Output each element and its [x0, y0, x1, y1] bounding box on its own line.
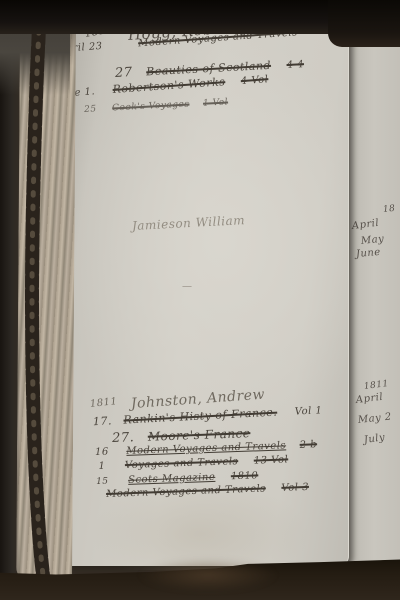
- right-page-fragment: April: [355, 392, 383, 406]
- right-page-fragment: 18: [382, 204, 395, 215]
- right-page-fragment: April: [351, 218, 379, 232]
- entry-note: Vol 1: [295, 405, 323, 417]
- right-page-fragment: July: [363, 432, 386, 446]
- entry-day: 17.: [93, 414, 113, 428]
- right-page-fragment: June: [356, 247, 382, 260]
- right-page-fragment: May 2: [357, 411, 392, 425]
- entry-note: 4 Vol: [240, 74, 268, 87]
- entry-note: 2 b: [299, 439, 317, 451]
- entry-date: 25: [84, 104, 97, 115]
- ledger-photo: 18 April May June 1811 April May 2 July …: [0, 0, 400, 600]
- entry-note: 4 4: [286, 59, 304, 71]
- bottom-light-haze: [138, 558, 278, 592]
- entry-note: 1 Vol: [203, 97, 229, 108]
- right-page-fragment: 1811: [363, 379, 389, 392]
- cover-top-right-corner: [328, 0, 400, 47]
- middle-entry-mark: —: [182, 281, 193, 292]
- entry-note: 13 Vol: [254, 454, 289, 466]
- right-page-fragment: May: [360, 234, 384, 247]
- spine-beads-dark: [32, 0, 52, 600]
- right-page: 18 April May June 1811 April May 2 July: [342, 33, 400, 563]
- entry-note: Vol 3: [281, 482, 309, 494]
- spine-bead-roll: [0, 0, 70, 600]
